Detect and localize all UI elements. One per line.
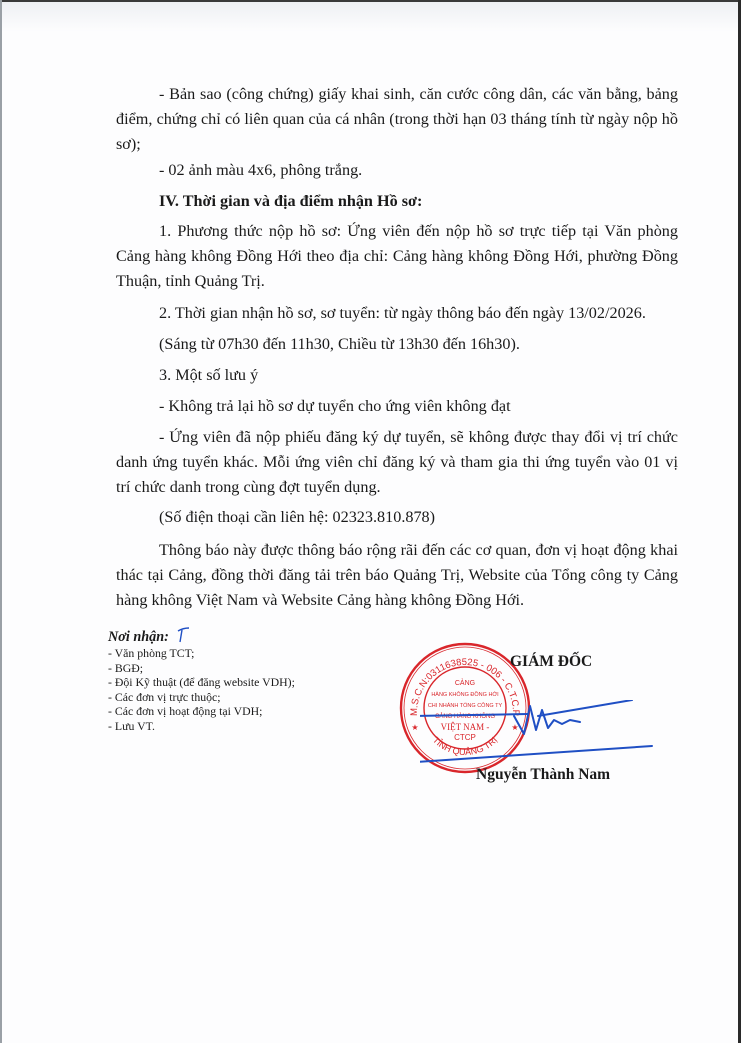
svg-text:★: ★ — [411, 723, 418, 732]
recipient-item: - Lưu VT. — [108, 719, 295, 734]
paragraph-submission-time: 2. Thời gian nhận hồ sơ, sơ tuyển: từ ng… — [116, 301, 678, 326]
recipient-item: - Các đơn vị hoạt động tại VDH; — [108, 704, 295, 719]
paragraph-copies: - Bản sao (công chứng) giấy khai sinh, c… — [116, 82, 678, 157]
recipient-item: - Đội Kỹ thuật (để đăng website VDH); — [108, 675, 295, 690]
recipient-item: - Các đơn vị trực thuộc; — [108, 690, 295, 705]
svg-text:HÀNG KHÔNG ĐỒNG HỚI: HÀNG KHÔNG ĐỒNG HỚI — [431, 691, 499, 698]
paragraph-photos: - 02 ảnh màu 4x6, phông trắng. — [116, 158, 678, 183]
recipient-item: - Văn phòng TCT; — [108, 646, 295, 661]
signer-name: Nguyễn Thành Nam — [476, 766, 610, 784]
recipients-list: - Văn phòng TCT; - BGĐ; - Đội Kỹ thuật (… — [108, 646, 295, 734]
paragraph-announcement: Thông báo này được thông báo rộng rãi đế… — [116, 538, 678, 613]
section-heading-iv: IV. Thời gian và địa điểm nhận Hồ sơ: — [116, 189, 678, 214]
recipients-title: Nơi nhận: — [108, 628, 169, 646]
paragraph-no-return: - Không trả lại hồ sơ dự tuyển cho ứng v… — [116, 394, 678, 419]
paragraph-contact-phone: (Số điện thoại cần liên hệ: 02323.810.87… — [116, 505, 678, 530]
signer-title: GIÁM ĐỐC — [510, 653, 592, 671]
paragraph-office-hours: (Sáng từ 07h30 đến 11h30, Chiều từ 13h30… — [116, 332, 678, 357]
page-border-left — [0, 0, 2, 1043]
svg-text:CẢNG: CẢNG — [455, 678, 475, 687]
paragraph-position-rule: - Ứng viên đã nộp phiếu đăng ký dự tuyển… — [116, 425, 678, 500]
initial-mark-icon — [176, 627, 190, 643]
recipient-item: - BGĐ; — [108, 661, 295, 676]
recipients-block: Nơi nhận: - Văn phòng TCT; - BGĐ; - Đội … — [108, 628, 295, 734]
paragraph-notes-heading: 3. Một số lưu ý — [116, 363, 678, 388]
document-body: - Bản sao (công chứng) giấy khai sinh, c… — [116, 82, 678, 613]
paragraph-submission-method: 1. Phương thức nộp hồ sơ: Ứng viên đến n… — [116, 219, 678, 294]
scan-shade — [2, 2, 738, 32]
